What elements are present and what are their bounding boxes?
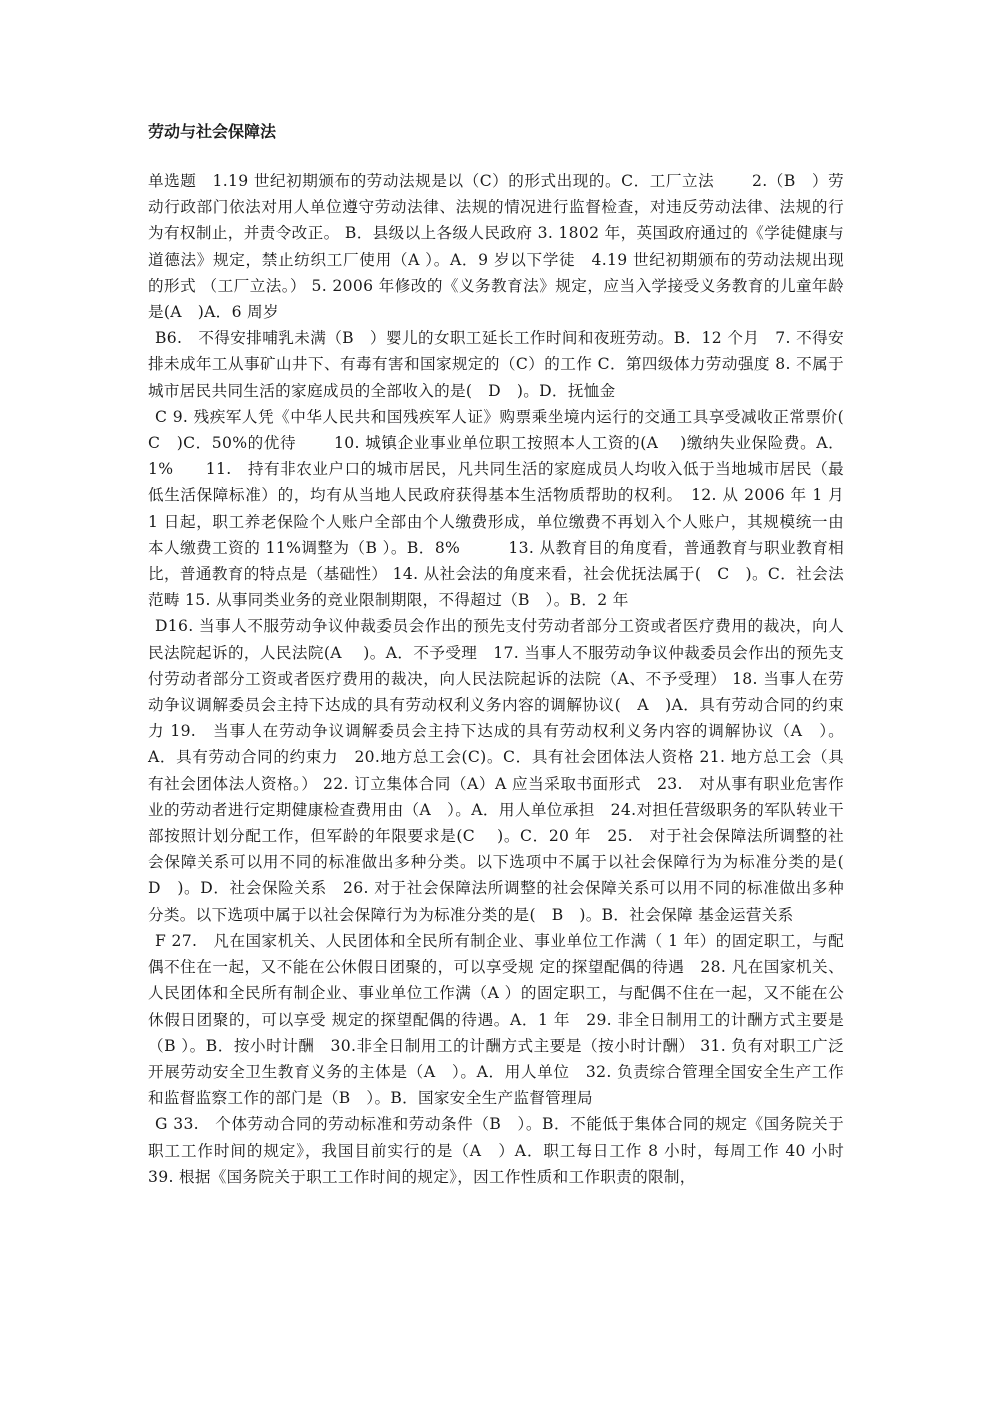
paragraph-section-d: D16. 当事人不服劳动争议仲裁委员会作出的预先支付劳动者部分工资或者医疗费用的…	[148, 613, 844, 927]
paragraph-section-f: F 27. 凡在国家机关、人民团体和全民所有制企业、事业单位工作满（ 1 年）的…	[148, 928, 844, 1111]
paragraph-section-c: C 9. 残疾军人凭《中华人民共和国残疾军人证》购票乘坐境内运行的交通工具享受减…	[148, 404, 844, 614]
paragraph-section-g: G 33. 个体劳动合同的劳动标准和劳动条件（B ）。B．不能低于集体合同的规定…	[148, 1111, 844, 1190]
document-page: 劳动与社会保障法 单选题 1.19 世纪初期颁布的劳动法规是以（C）的形式出现的…	[148, 118, 844, 1190]
document-title: 劳动与社会保障法	[148, 118, 844, 146]
paragraph-section-a: 单选题 1.19 世纪初期颁布的劳动法规是以（C）的形式出现的。C．工厂立法 2…	[148, 168, 844, 325]
paragraph-section-b: B6. 不得安排哺乳未满（B ）婴儿的女职工延长工作时间和夜班劳动。B．12 个…	[148, 325, 844, 404]
